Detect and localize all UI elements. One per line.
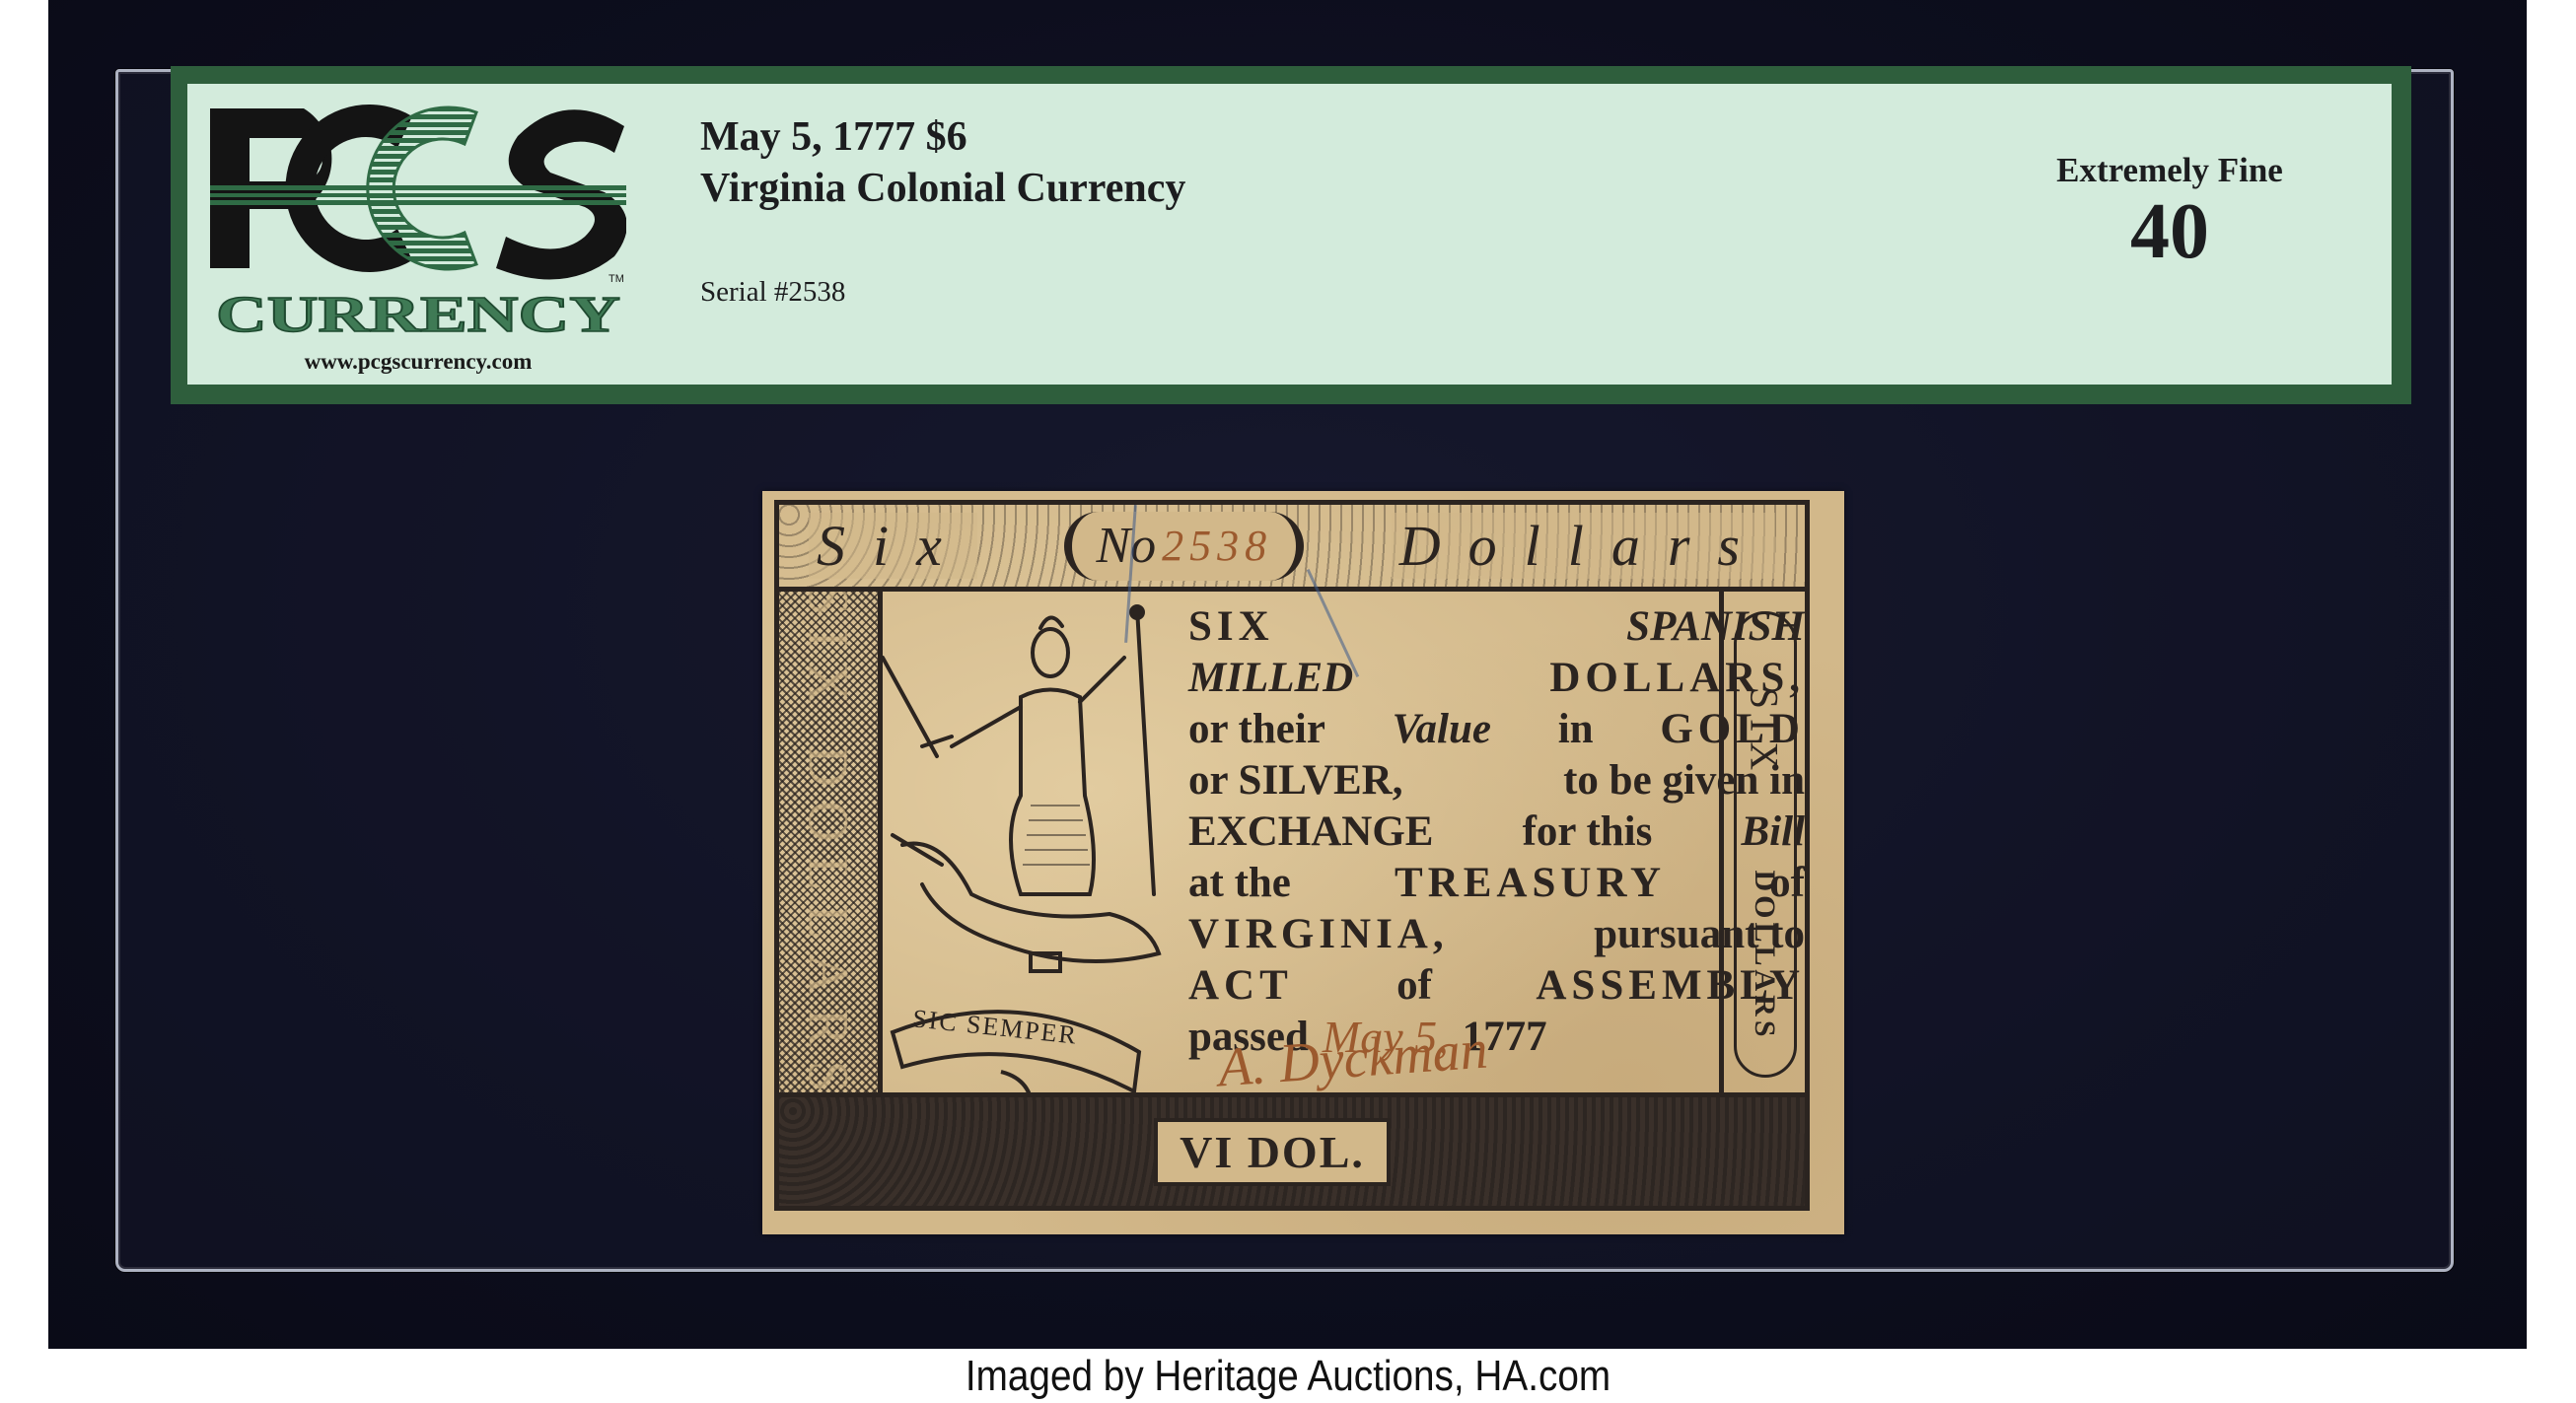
denomination-vi-dol: VI DOL. xyxy=(1154,1118,1391,1186)
body-line: or SILVER, to be given in xyxy=(1188,755,1805,807)
note-frame: Six No 2538 Dollars SIX DOLLARS SIX DOLL… xyxy=(774,500,1810,1211)
top-band-serial: No 2538 xyxy=(1064,512,1304,581)
body-line: at the TREASURY of xyxy=(1188,858,1805,909)
grading-label: TM CURRENCY www.pcgscurrency.com May 5, … xyxy=(171,66,2411,404)
note-top-band: Six No 2538 Dollars xyxy=(779,505,1805,592)
handwritten-serial: 2538 xyxy=(1162,521,1272,571)
grade-number: 40 xyxy=(1972,187,2367,277)
pcgs-currency-logo: TM CURRENCY www.pcgscurrency.com xyxy=(210,99,626,375)
body-line: ACT of ASSEMBLY xyxy=(1188,960,1805,1012)
body-line: or their Value in GOLD xyxy=(1188,704,1805,755)
banknote: Six No 2538 Dollars SIX DOLLARS SIX DOLL… xyxy=(762,491,1844,1234)
body-line: EXCHANGE for this Bill xyxy=(1188,807,1805,858)
note-bottom-band: VI DOL. xyxy=(779,1092,1805,1206)
top-band-six: Six xyxy=(809,513,977,579)
body-line: MILLED DOLLARS, xyxy=(1188,653,1805,704)
number-prefix: No xyxy=(1096,517,1156,575)
grade-description: Extremely Fine xyxy=(1972,151,2367,190)
top-band-dollars: Dollars xyxy=(1392,513,1775,579)
image-credit-caption: Imaged by Heritage Auctions, HA.com xyxy=(155,1350,2422,1403)
body-line: VIRGINIA, pursuant to xyxy=(1188,909,1805,960)
pcgs-url: www.pcgscurrency.com xyxy=(210,349,626,375)
svg-text:TM: TM xyxy=(608,273,624,285)
note-series: Virginia Colonial Currency xyxy=(700,165,1185,212)
body-line: SIX SPANISH xyxy=(1188,601,1805,653)
note-body-text: SIX SPANISH MILLED DOLLARS, or their Val… xyxy=(1188,601,1805,1063)
pcgs-logo-icon: TM CURRENCY xyxy=(210,99,626,345)
note-date-denomination: May 5, 1777 $6 xyxy=(700,113,967,161)
virtus-figure-icon xyxy=(883,598,1179,1003)
currency-wordmark: CURRENCY xyxy=(216,287,620,343)
serial-number: Serial #2538 xyxy=(700,276,845,309)
left-vertical-panel: SIX DOLLARS xyxy=(779,592,883,1097)
label-panel: TM CURRENCY www.pcgscurrency.com May 5, … xyxy=(187,84,2392,385)
left-panel-text: SIX DOLLARS xyxy=(796,592,862,1097)
